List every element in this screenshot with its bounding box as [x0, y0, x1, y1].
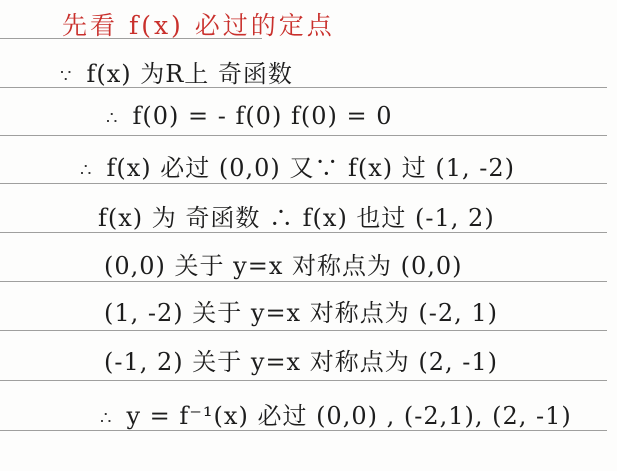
notebook-page: 先看 f(x) 必过的定点 ∵f(x) 为R上 奇函数 ∴f(0) = - f(…	[0, 0, 617, 471]
note-line-7: (-1, 2) 关于 y=x 对称点为 (2, -1)	[104, 342, 498, 377]
ruling-line	[0, 281, 607, 282]
note-line-text: (1, -2) 关于 y=x 对称点为 (-2, 1)	[104, 299, 498, 327]
note-title: 先看 f(x) 必过的定点	[62, 6, 335, 42]
note-line-text: f(x) 必过 (0,0) 又∵ f(x) 过 (1, -2)	[106, 154, 515, 182]
ruling-line	[0, 330, 607, 331]
note-line-2: ∴f(0) = - f(0) f(0) = 0	[106, 102, 392, 130]
note-line-5: (0,0) 关于 y=x 对称点为 (0,0)	[104, 246, 463, 281]
therefore-symbol: ∴	[80, 160, 92, 181]
note-line-text: f(x) 为 奇函数 ∴ f(x) 也过 (-1, 2)	[98, 204, 495, 232]
note-line-text: f(0) = - f(0) f(0) = 0	[132, 102, 392, 130]
note-line-text: (0,0) 关于 y=x 对称点为 (0,0)	[104, 252, 463, 280]
note-line-text: (-1, 2) 关于 y=x 对称点为 (2, -1)	[104, 348, 498, 376]
note-line-3: ∴f(x) 必过 (0,0) 又∵ f(x) 过 (1, -2)	[80, 148, 515, 183]
therefore-symbol: ∴	[106, 108, 118, 129]
note-line-text: f(x) 为R上 奇函数	[86, 60, 292, 88]
ruling-line	[0, 135, 607, 136]
note-title-text: 先看 f(x) 必过的定点	[62, 11, 335, 40]
note-line-text: y = f⁻¹(x) 必过 (0,0) , (-2,1), (2, -1)	[126, 402, 571, 430]
ruling-line	[0, 380, 607, 381]
note-line-1: ∵f(x) 为R上 奇函数	[60, 54, 293, 89]
note-line-4: f(x) 为 奇函数 ∴ f(x) 也过 (-1, 2)	[98, 198, 495, 233]
ruling-line	[0, 183, 607, 184]
note-line-8: ∴y = f⁻¹(x) 必过 (0,0) , (-2,1), (2, -1)	[100, 396, 572, 431]
therefore-symbol: ∴	[100, 408, 112, 429]
because-symbol: ∵	[60, 66, 72, 87]
note-line-6: (1, -2) 关于 y=x 对称点为 (-2, 1)	[104, 293, 498, 328]
